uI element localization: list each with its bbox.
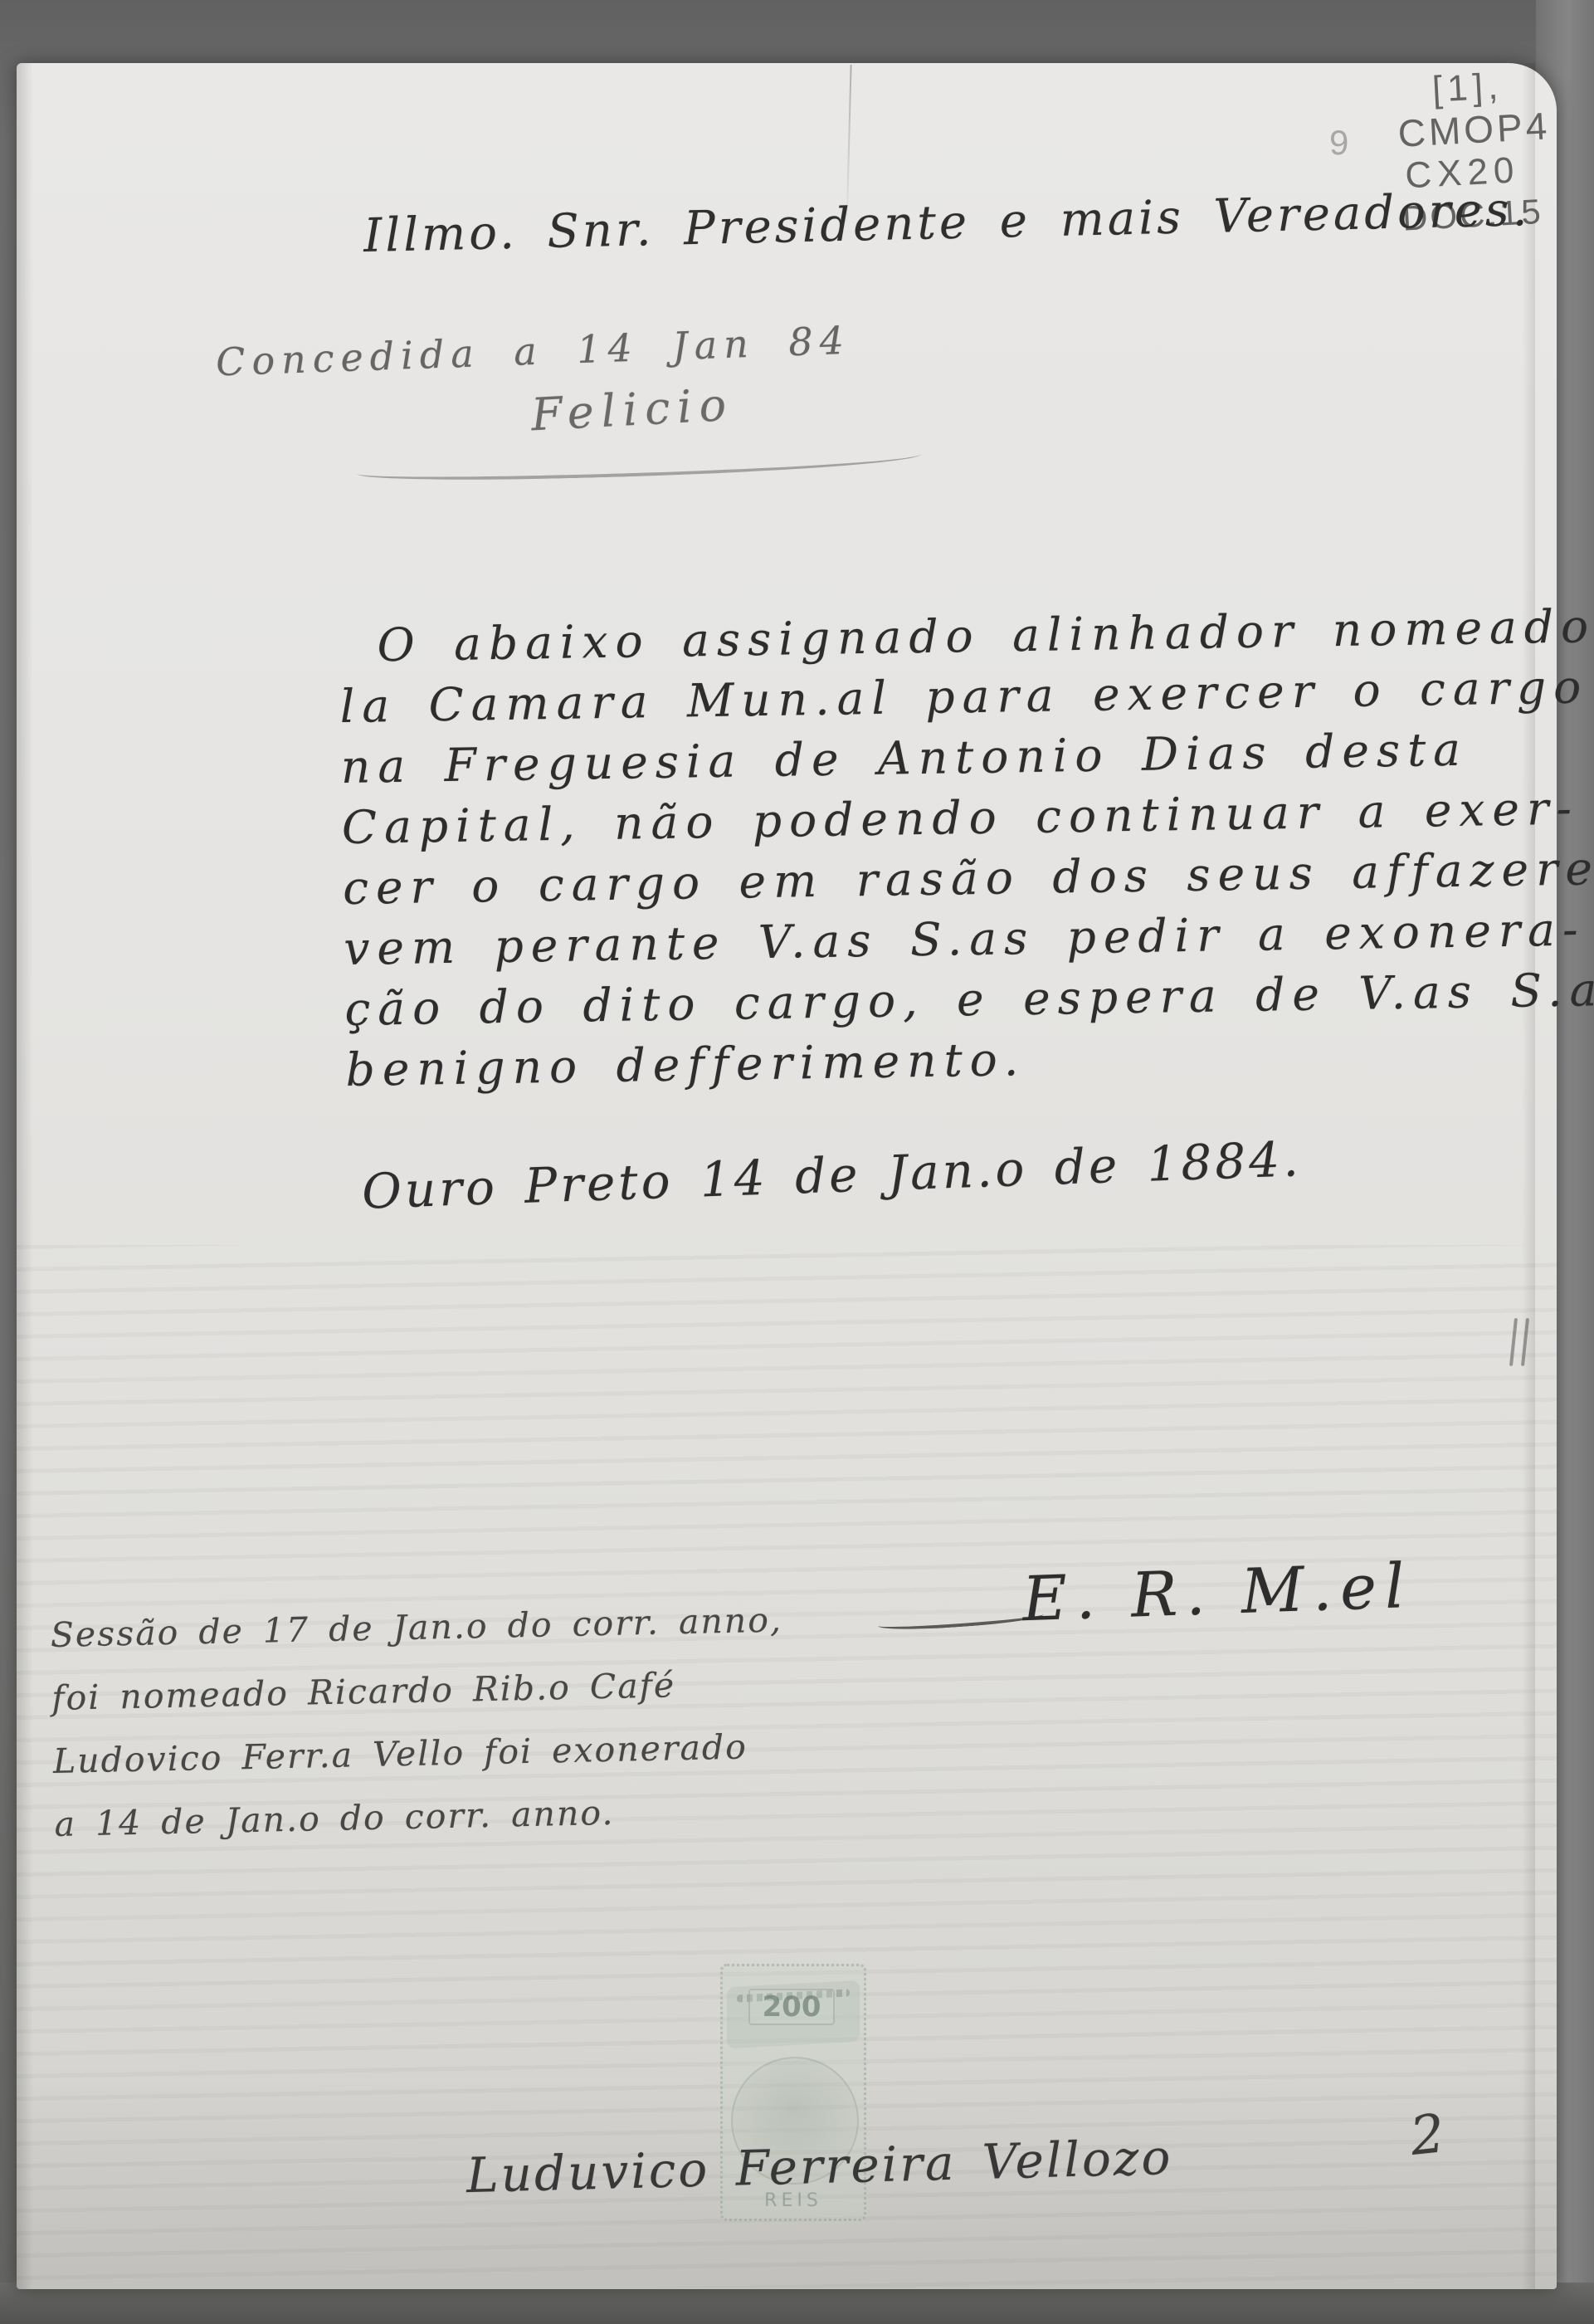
tally-stroke <box>1521 1318 1529 1366</box>
archival-mark-line2: CMOP4 <box>1397 105 1551 155</box>
faint-pencil-digit: 9 <box>1329 123 1348 163</box>
archival-mark-line1: [1], <box>1431 62 1549 110</box>
letter-body: O abaixo assignado alinhador nomeado pe-… <box>339 594 1594 1101</box>
page-number: 2 <box>1407 2103 1447 2168</box>
session-marginal-note: Sessão de 17 de Jan.o do corr. anno, foi… <box>50 1589 787 1856</box>
scanned-letter-page: [1], CMOP4 CX20 DOC.15 9 Illmo. Snr. Pre… <box>0 0 1594 2324</box>
edge-tally-marks <box>1512 1318 1535 1369</box>
author-signature: E. R. M.el <box>1021 1550 1414 1635</box>
stamp-value: 200 <box>748 1989 835 2025</box>
grant-rubric-signature: Felicio <box>530 378 735 442</box>
